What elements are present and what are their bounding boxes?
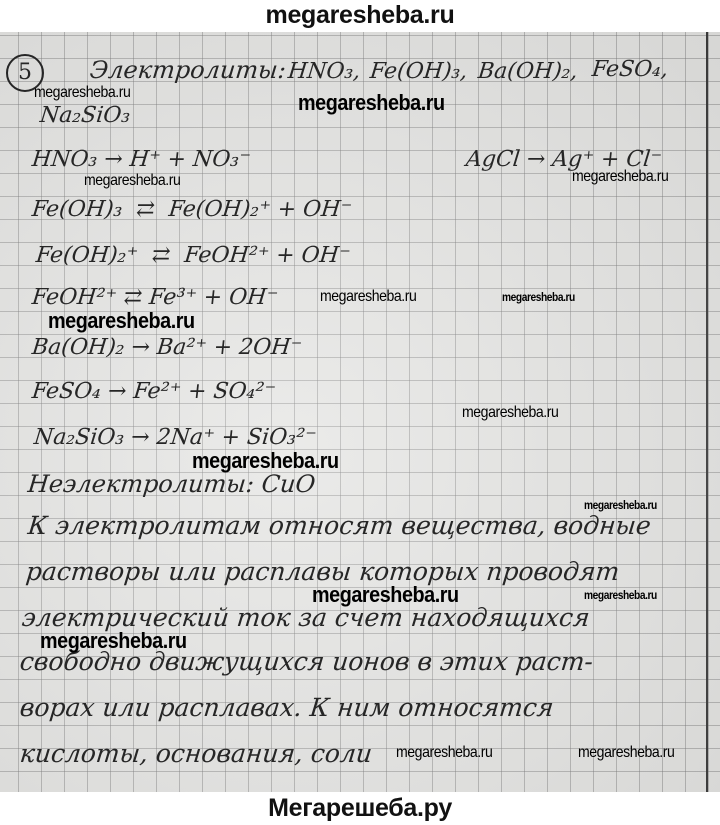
site-footer: Мегарешеба.ру xyxy=(0,792,720,825)
electrolyte-item: Na₂SiO₃ xyxy=(39,102,132,130)
electrolytes-label: Электролиты: xyxy=(89,56,288,84)
notebook-page: 5 Электролиты: HNO₃, Fe(OH)₃, Ba(OH)₂, F… xyxy=(0,32,720,792)
watermark: megaresheba.ru xyxy=(312,582,459,608)
electrolyte-item: Ba(OH)₂, xyxy=(477,58,579,86)
paragraph-line: кислоты, основания, соли xyxy=(19,740,374,768)
equation-feoh3: Fe(OH)₃ ⇄ Fe(OH)₂⁺ + OH⁻ xyxy=(31,196,354,224)
watermark: megaresheba.ru xyxy=(48,308,195,334)
watermark: megaresheba.ru xyxy=(192,448,339,474)
watermark: megaresheba.ru xyxy=(584,498,657,512)
watermark: megaresheba.ru xyxy=(34,84,130,102)
electrolyte-item: HNO₃, xyxy=(287,58,362,86)
site-header: megaresheba.ru xyxy=(0,0,720,32)
paragraph-line: К электролитам относят вещества, водные xyxy=(27,512,653,540)
margin-line xyxy=(706,32,708,792)
watermark: megaresheba.ru xyxy=(320,288,416,306)
equation-feso4: FeSO₄ → Fe²⁺ + SO₄²⁻ xyxy=(31,378,278,406)
non-electrolytes-line: Неэлектролиты: CuO xyxy=(27,470,317,498)
electrolyte-item: FeSO₄, xyxy=(591,56,670,84)
watermark: megaresheba.ru xyxy=(584,588,657,602)
equation-hno3: HNO₃ → H⁺ + NO₃⁻ xyxy=(31,146,253,174)
watermark: megaresheba.ru xyxy=(502,290,575,304)
watermark: megaresheba.ru xyxy=(396,744,492,762)
paragraph-line: ворах или расплавах. К ним относятся xyxy=(19,694,555,722)
watermark: megaresheba.ru xyxy=(462,404,558,422)
watermark: megaresheba.ru xyxy=(572,168,668,186)
watermark: megaresheba.ru xyxy=(298,90,445,116)
electrolyte-item: Fe(OH)₃, xyxy=(369,58,469,86)
watermark: megaresheba.ru xyxy=(84,172,180,190)
watermark: megaresheba.ru xyxy=(578,744,674,762)
equation-baoh2: Ba(OH)₂ → Ba²⁺ + 2OH⁻ xyxy=(31,334,304,362)
equation-feoh2: Fe(OH)₂⁺ ⇄ FeOH²⁺ + OH⁻ xyxy=(35,242,352,270)
watermark: megaresheba.ru xyxy=(40,628,187,654)
